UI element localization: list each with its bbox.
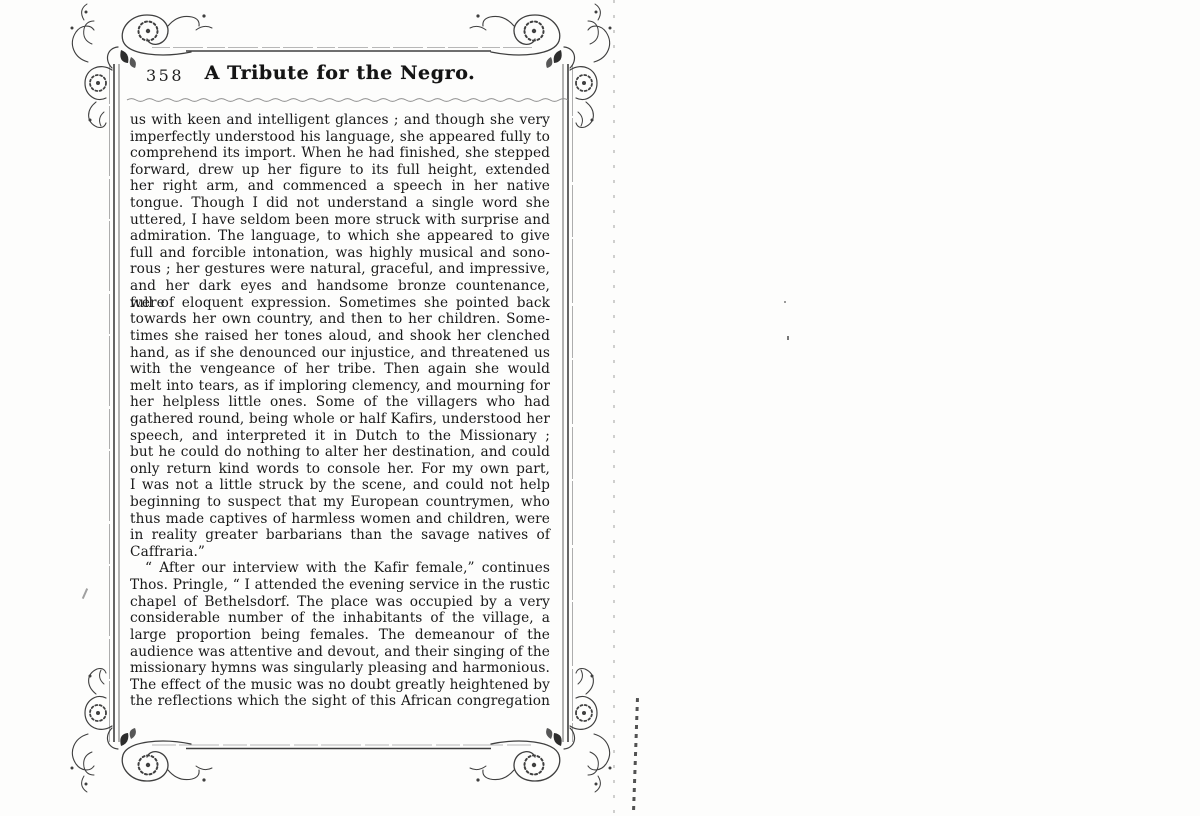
text-line: chapel of Bethelsdorf. The place was occ…: [130, 594, 550, 611]
text-line: considerable number of the inhabitants o…: [130, 610, 550, 627]
text-line: towards her own country, and then to her…: [130, 311, 550, 328]
text-line: her helpless little ones. Some of the vi…: [130, 394, 550, 411]
text-line: forward, drew up her figure to its full …: [130, 162, 550, 179]
scan-speck: [784, 301, 786, 303]
text-line: gathered round, being whole or half Kafi…: [130, 411, 550, 428]
text-line: full and forcible intonation, was highly…: [130, 245, 550, 262]
text-line: audience was attentive and devout, and t…: [130, 644, 550, 661]
text-line: large proportion being females. The deme…: [130, 627, 550, 644]
text-line: the reflections which the sight of this …: [130, 693, 550, 710]
text-line: The effect of the music was no doubt gre…: [130, 677, 550, 694]
text-line: Thos. Pringle, “ I attended the evening …: [130, 577, 550, 594]
text-line: full of eloquent expression. Sometimes s…: [130, 295, 550, 312]
text-line: uttered, I have seldom been more struck …: [130, 212, 550, 229]
text-line: rous ; her gestures were natural, gracef…: [130, 261, 550, 278]
text-line: hand, as if she denounced our injustice,…: [130, 345, 550, 362]
scanned-book-page: 358 A Tribute for the Negro. us with kee…: [0, 0, 1200, 816]
text-line: I was not a little struck by the scene, …: [130, 477, 550, 494]
text-line: only return kind words to console her. F…: [130, 461, 550, 478]
text-line: Caffraria.”: [130, 544, 550, 561]
text-line: tongue. Though I did not understand a si…: [130, 195, 550, 212]
text-line: “ After our interview with the Kafir fem…: [130, 560, 550, 577]
text-line: thus made captives of harmless women and…: [130, 511, 550, 528]
running-title: A Tribute for the Negro.: [130, 62, 550, 84]
page-edge-dotted-line: [613, 0, 615, 816]
text-line: and her dark eyes and handsome bronze co…: [130, 278, 550, 295]
text-line: in reality greater barbarians than the s…: [130, 527, 550, 544]
text-line: missionary hymns was singularly pleasing…: [130, 660, 550, 677]
text-line: times she raised her tones aloud, and sh…: [130, 328, 550, 345]
text-line: admiration. The language, to which she a…: [130, 228, 550, 245]
scan-speck: [787, 336, 789, 340]
text-line: imperfectly understood his language, she…: [130, 129, 550, 146]
text-line: with the vengeance of her tribe. Then ag…: [130, 361, 550, 378]
text-line: but he could do nothing to alter her des…: [130, 444, 550, 461]
text-line: us with keen and intelligent glances ; a…: [130, 112, 550, 129]
body-text: us with keen and intelligent glances ; a…: [130, 112, 550, 710]
text-line: comprehend its import. When he had finis…: [130, 145, 550, 162]
header-wavy-rule: [127, 99, 568, 102]
text-line: melt into tears, as if imploring clemenc…: [130, 378, 550, 395]
text-line: speech, and interpreted it in Dutch to t…: [130, 428, 550, 445]
text-line: beginning to suspect that my European co…: [130, 494, 550, 511]
text-line: her right arm, and commenced a speech in…: [130, 178, 550, 195]
